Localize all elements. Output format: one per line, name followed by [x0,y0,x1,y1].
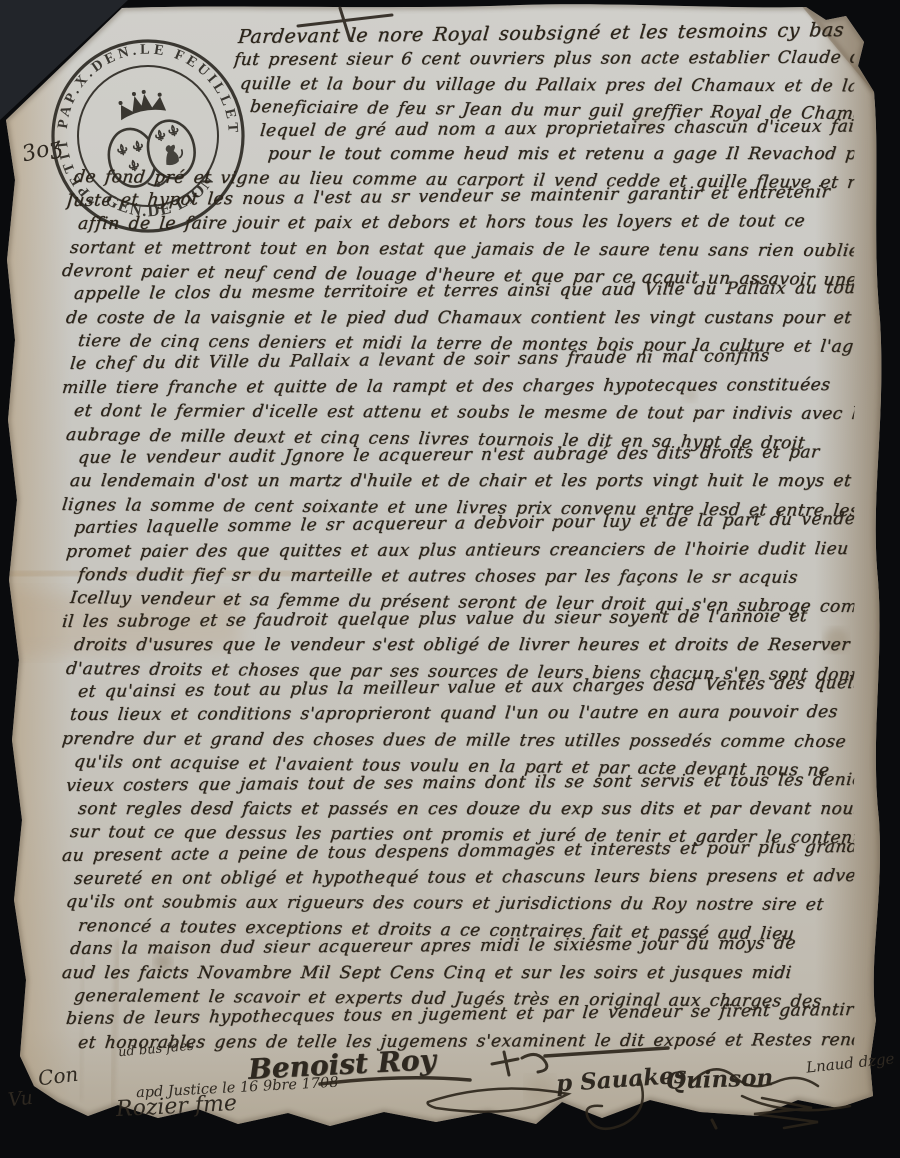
manuscript-line: qu'ils ont soubmis aux rigueurs des cour… [65,891,856,917]
manuscript-line: il les subroge et se faudroit quelque pl… [61,605,855,634]
manuscript-line: promet paier des que quittes et aux plus… [65,538,855,564]
manuscript-line: de coste de la vaisgnie et le pied dud C… [65,307,855,330]
manuscript-line: quille et la bour du village du Pallaix … [239,73,856,99]
manuscript-photograph: { "document": { "header_mark": "+", "sta… [0,0,900,1158]
manuscript-line: prendre dur et grand des choses dues de … [61,728,856,754]
margin-mark: 3oʒ [20,134,65,168]
manuscript-line: au lendemain d'ost un martz d'huile et d… [69,470,855,493]
rozier-note: Rozier fme [115,1091,237,1122]
manuscript-line: droits d'usures que le vendeur s'est obl… [73,634,855,657]
manuscript-content: 3oʒ Pardevant le nore Royal soubsigné et… [0,0,900,1158]
manuscript-line: et dont le fermier d'icelle est attenu e… [73,400,856,426]
manuscript-line: affin de le faire jouir et paix et debor… [77,210,855,236]
manuscript-line: sont regles desd faicts et passés en ces… [77,798,855,821]
manuscript-line: tous lieux et conditions s'aproprieront … [69,701,855,727]
manuscript-line: pour le tout comme heud mis et retenu a … [267,143,855,166]
vu-note: Vu [7,1087,34,1111]
manuscript-line: lequel de gré aud nom a aux proprietaire… [259,115,855,143]
manuscript-line: dans la maison dud sieur acquereur apres… [69,932,855,961]
manuscript-line: appelle le clos du mesme territoire et t… [73,277,855,306]
control-note: Con [37,1062,80,1091]
manuscript-line: fonds dudit fief sr du marteille et autr… [77,564,856,590]
manuscript-line: mille tiere franche et quitte de la ramp… [61,374,855,400]
manuscript-body: Pardevant le nore Royal soubsigné et les… [62,26,862,1055]
manuscript-line: aud les faicts Novambre Mil Sept Cens Ci… [61,962,855,985]
manuscript-line: sortant et mettront tout en bon estat qu… [69,237,856,263]
manuscript-line: Pardevant le nore Royal soubsigné et les… [237,19,855,50]
page: *PETIT PAP.X.DEN.LE FEUILLET *GEN.DE LIO… [0,0,900,1158]
manuscript-line: que le vendeur audit Jgnore le acquereur… [77,441,855,470]
manuscript-line: seureté en ont obligé et hypothequé tous… [73,865,855,891]
signature-quinson: Quinson [666,1064,774,1095]
manuscript-line: fut present sieur 6 cent ouvriers plus s… [233,47,855,73]
